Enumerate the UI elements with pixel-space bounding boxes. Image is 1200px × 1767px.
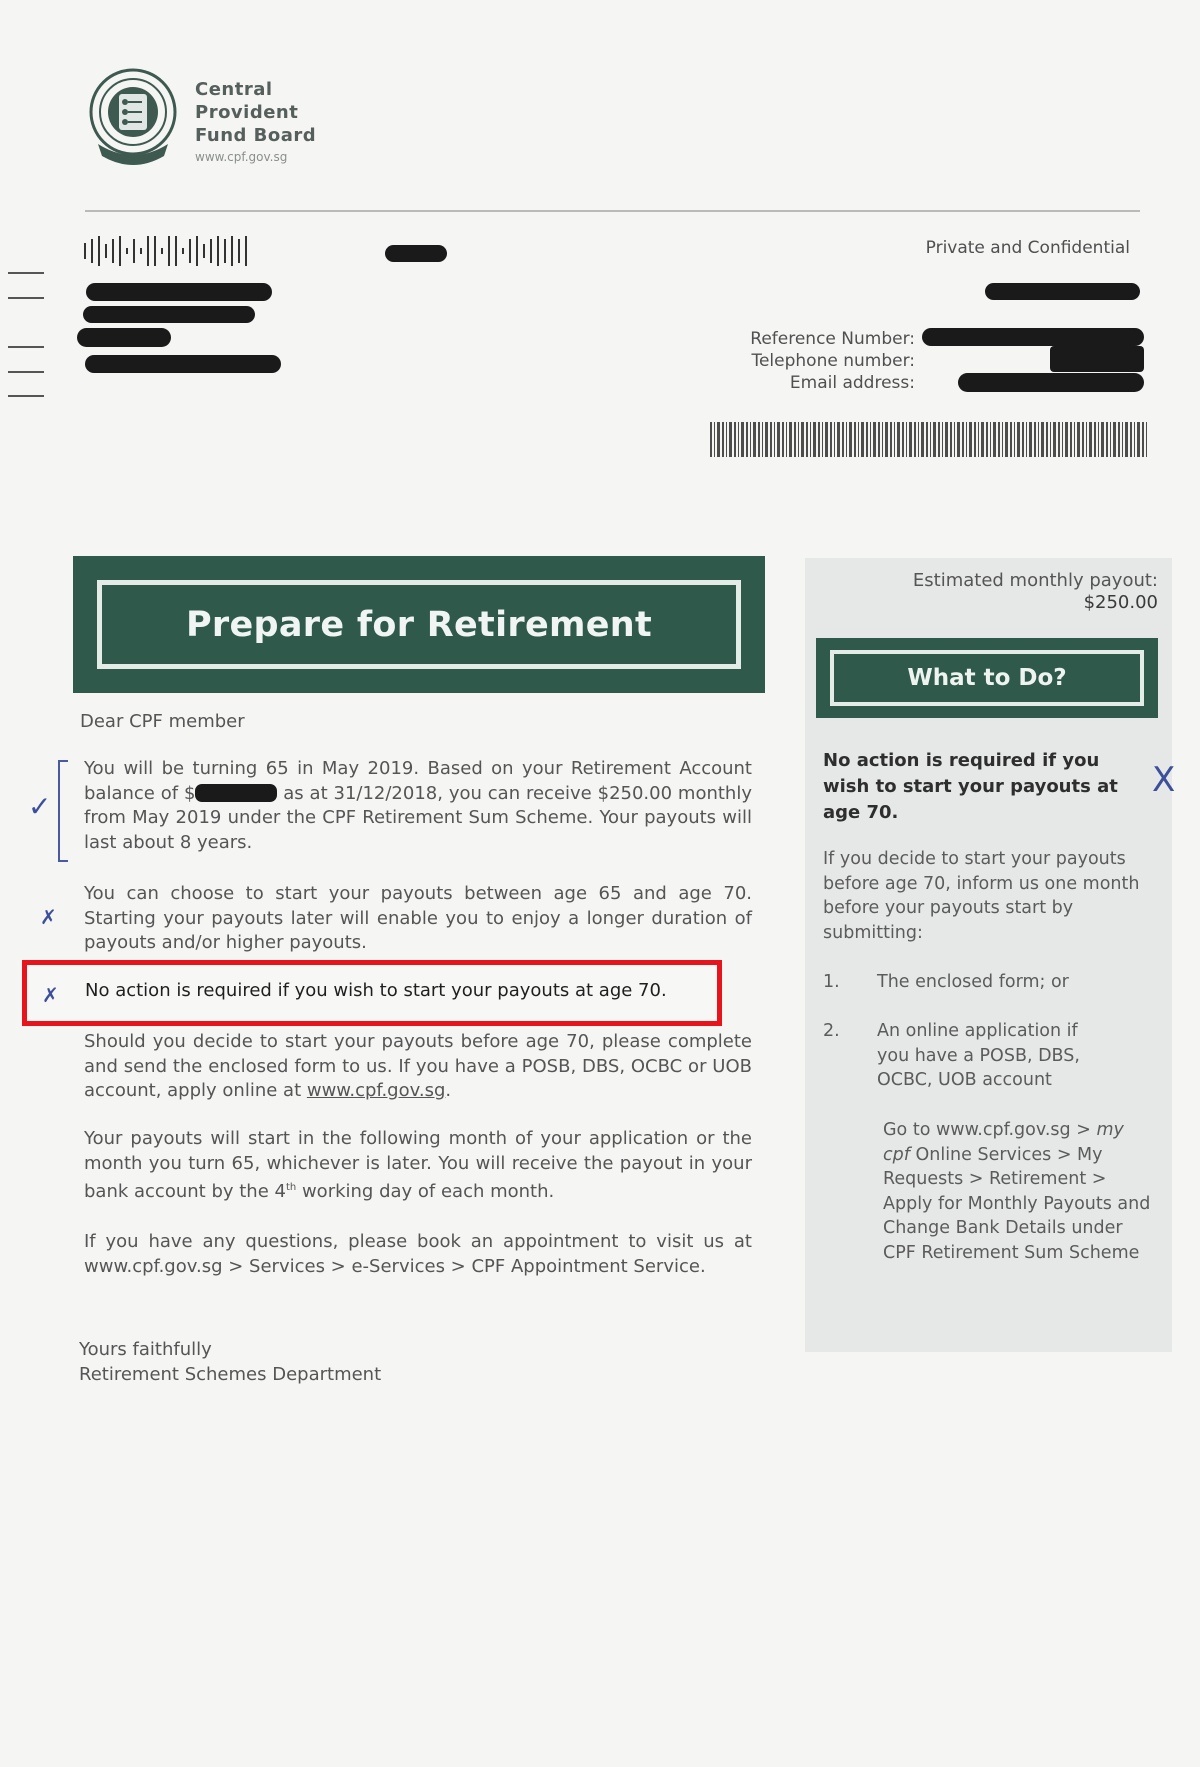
page-title: Prepare for Retirement xyxy=(186,605,652,645)
sidebar-heading-banner: What to Do? xyxy=(816,638,1158,718)
fold-mark xyxy=(8,297,44,299)
estimated-payout: Estimated monthly payout: $250.00 xyxy=(913,570,1158,614)
sidebar-no-action-note: No action is required if you wish to sta… xyxy=(823,748,1123,826)
org-name-line: Provident xyxy=(195,101,316,124)
cpf-crest-logo-icon xyxy=(86,66,180,170)
postal-barcode xyxy=(84,236,247,266)
fold-mark xyxy=(8,346,44,348)
x-mark-icon: X xyxy=(1152,760,1175,800)
greeting: Dear CPF member xyxy=(80,711,245,732)
sidebar-heading: What to Do? xyxy=(830,650,1144,706)
redacted-address-line xyxy=(83,306,255,323)
redacted-address-line xyxy=(86,283,272,301)
sidebar-online-path: Go to www.cpf.gov.sg > my cpf Online Ser… xyxy=(883,1118,1153,1265)
x-mark-icon: ✗ xyxy=(42,983,59,1007)
list-number: 1. xyxy=(823,970,877,995)
what-to-do-sidebar: Estimated monthly payout: $250.00 What t… xyxy=(805,558,1172,1352)
redacted-address-line xyxy=(77,328,171,347)
closing: Yours faithfully xyxy=(79,1337,381,1362)
path-text: Go to www.cpf.gov.sg > xyxy=(883,1120,1096,1140)
estimated-payout-value: $250.00 xyxy=(913,592,1158,614)
telephone-label: Telephone number: xyxy=(700,350,915,372)
paragraph-questions: If you have any questions, please book a… xyxy=(84,1230,752,1279)
list-number: 2. xyxy=(823,1019,877,1093)
fold-mark xyxy=(8,272,44,274)
title-banner-frame: Prepare for Retirement xyxy=(97,580,741,669)
redacted-telephone xyxy=(1050,346,1144,372)
estimated-payout-label: Estimated monthly payout: xyxy=(913,570,1158,592)
fold-mark xyxy=(8,395,44,397)
list-text: An online application if you have a POSB… xyxy=(877,1019,1113,1093)
paragraph-payout-start: Your payouts will start in the following… xyxy=(84,1127,752,1205)
email-label: Email address: xyxy=(700,372,915,394)
document-barcode xyxy=(710,422,1147,457)
paragraph-payout-age-choice: You can choose to start your payouts bet… xyxy=(84,882,752,956)
redacted-email xyxy=(958,373,1144,392)
paragraph-payout-summary: You will be turning 65 in May 2019. Base… xyxy=(84,757,752,855)
paragraph-apply-early: Should you decide to start your payouts … xyxy=(84,1030,752,1104)
redacted-field xyxy=(385,245,447,262)
signature-block: Yours faithfully Retirement Schemes Depa… xyxy=(79,1337,381,1387)
redacted-balance xyxy=(195,784,277,802)
paragraph-text: working day of each month. xyxy=(296,1181,554,1202)
header-divider xyxy=(85,210,1140,212)
path-text: Online Services > My Requests > Retireme… xyxy=(883,1145,1150,1263)
highlighted-no-action-note: No action is required if you wish to sta… xyxy=(85,980,667,1001)
org-name-line: Fund Board xyxy=(195,124,316,147)
title-banner: Prepare for Retirement xyxy=(73,556,765,693)
sidebar-list-item: 2. An online application if you have a P… xyxy=(823,1019,1113,1093)
org-name: Central Provident Fund Board xyxy=(195,78,316,147)
department-signoff: Retirement Schemes Department xyxy=(79,1362,381,1387)
org-name-line: Central xyxy=(195,78,316,101)
sidebar-intro: If you decide to start your payouts befo… xyxy=(823,847,1143,945)
reference-labels: Reference Number: Telephone number: Emai… xyxy=(700,328,915,394)
reference-number-label: Reference Number: xyxy=(700,328,915,350)
redacted-recipient xyxy=(985,283,1140,300)
currency-symbol: $ xyxy=(184,783,195,804)
redacted-reference-number xyxy=(922,328,1144,346)
fold-mark xyxy=(8,371,44,373)
check-mark-icon: ✓ xyxy=(28,790,51,823)
paragraph-text: . xyxy=(445,1080,451,1101)
ordinal-suffix: th xyxy=(286,1182,296,1193)
pen-bracket-annotation xyxy=(58,760,68,862)
x-mark-icon: ✗ xyxy=(40,905,57,929)
list-text: The enclosed form; or xyxy=(877,970,1069,995)
redacted-address-line xyxy=(85,355,281,373)
org-url: www.cpf.gov.sg xyxy=(195,150,287,164)
sidebar-list-item: 1. The enclosed form; or xyxy=(823,970,1153,995)
confidential-label: Private and Confidential xyxy=(926,238,1130,258)
cpf-website-link[interactable]: www.cpf.gov.sg xyxy=(307,1080,446,1101)
